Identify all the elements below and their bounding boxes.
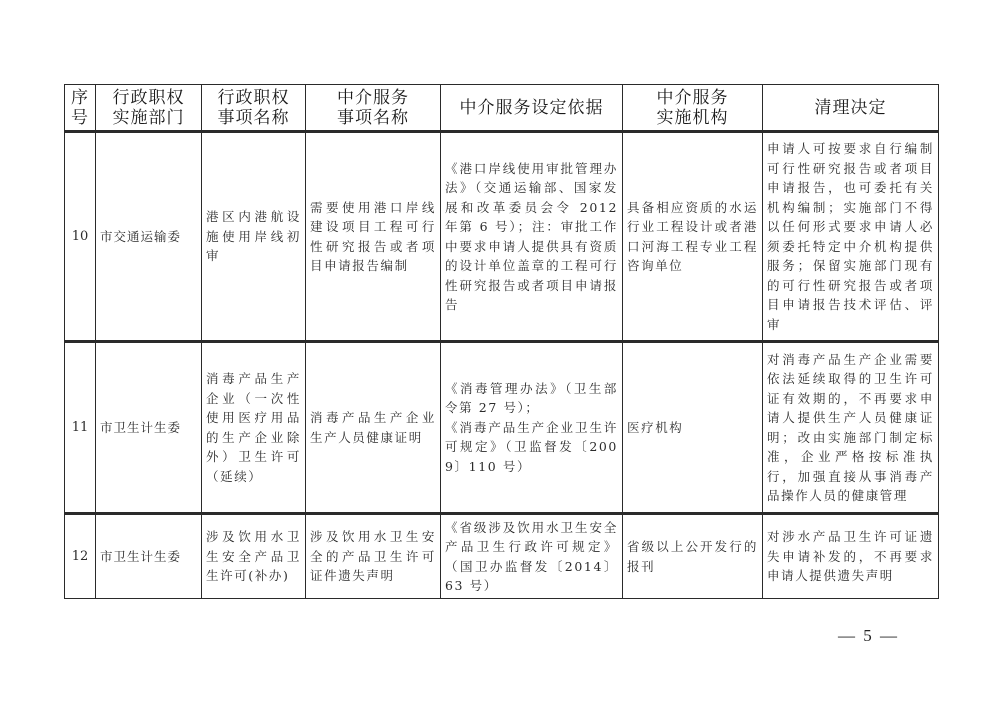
header-decision: 清理决定 xyxy=(763,85,939,132)
dept-text: 市卫生计生委 xyxy=(100,418,197,438)
header-provider-line-1: 中介服务 xyxy=(627,88,758,108)
header-seq: 序 号 xyxy=(65,85,96,132)
header-provider: 中介服务 实施机构 xyxy=(623,85,763,132)
cell-seq: 12 xyxy=(65,514,96,599)
header-basis: 中介服务设定依据 xyxy=(441,85,623,132)
intermediary-services-table: 序 号 行政职权 实施部门 行政职权 事项名称 中介服务 事项名称 中介服务设定… xyxy=(64,84,939,599)
header-provider-line-2: 实施机构 xyxy=(627,108,758,128)
cell-decision: 申请人可按要求自行编制可行性研究报告或者项目申请报告，也可委托有关机构编制；实施… xyxy=(763,132,939,342)
basis-text-line-1: 《消毒管理办法》（卫生部令第 27 号）； xyxy=(445,379,618,418)
cell-service-item: 消毒产品生产企业生产人员健康证明 xyxy=(306,342,441,514)
cell-dept: 市卫生计生委 xyxy=(96,342,202,514)
decision-text: 对涉水产品卫生许可证遗失申请补发的，不再要求申请人提供遗失声明 xyxy=(767,527,934,586)
cell-provider: 省级以上公开发行的报刊 xyxy=(623,514,763,599)
power-item-text: 涉及饮用水卫生安全产品卫生许可(补办) xyxy=(206,527,301,586)
cell-service-item: 需要使用港口岸线建设项目工程可行性研究报告或者项目申请报告编制 xyxy=(306,132,441,342)
power-item-text: 港区内港航设施使用岸线初审 xyxy=(206,207,301,266)
service-item-text: 需要使用港口岸线建设项目工程可行性研究报告或者项目申请报告编制 xyxy=(310,198,436,276)
cell-service-item: 涉及饮用水卫生安全的产品卫生许可证件遗失声明 xyxy=(306,514,441,599)
cell-decision: 对消毒产品生产企业需要依法延续取得的卫生许可证有效期的，不再要求申请人提供生产人… xyxy=(763,342,939,514)
header-dept-line-1: 行政职权 xyxy=(100,88,197,108)
cell-power-item: 消毒产品生产企业（一次性使用医疗用品的生产企业除外）卫生许可（延续） xyxy=(202,342,306,514)
dept-text: 市交通运输委 xyxy=(100,227,197,247)
cell-provider: 医疗机构 xyxy=(623,342,763,514)
seq-text: 12 xyxy=(65,547,95,567)
header-dept: 行政职权 实施部门 xyxy=(96,85,202,132)
decision-text: 对消毒产品生产企业需要依法延续取得的卫生许可证有效期的，不再要求申请人提供生产人… xyxy=(767,350,934,506)
cell-provider: 具备相应资质的水运行业工程设计或者港口河海工程专业工程咨询单位 xyxy=(623,132,763,342)
basis-text-line-2: 《消毒产品生产企业卫生许可规定》（卫监督发〔2009〕110 号） xyxy=(445,418,618,477)
cell-basis: 《省级涉及饮用水卫生安全产品卫生行政许可规定》（国卫办监督发〔2014〕63 号… xyxy=(441,514,623,599)
basis-text: 《港口岸线使用审批管理办法》（交通运输部、国家发展和改革委员会令 2012 年第… xyxy=(445,159,618,315)
header-seq-line-2: 号 xyxy=(69,108,91,128)
header-power-item-line-1: 行政职权 xyxy=(206,88,301,108)
decision-text: 申请人可按要求自行编制可行性研究报告或者项目申请报告，也可委托有关机构编制；实施… xyxy=(767,139,934,334)
page-number: — 5 — xyxy=(838,626,899,646)
provider-text: 省级以上公开发行的报刊 xyxy=(627,537,758,576)
header-service-item-line-1: 中介服务 xyxy=(310,88,436,108)
table-row: 12 市卫生计生委 涉及饮用水卫生安全产品卫生许可(补办) 涉及饮用水卫生安全的… xyxy=(65,514,939,599)
header-seq-line-1: 序 xyxy=(69,88,91,108)
service-item-text: 涉及饮用水卫生安全的产品卫生许可证件遗失声明 xyxy=(310,527,436,586)
header-dept-line-2: 实施部门 xyxy=(100,108,197,128)
header-service-item-line-2: 事项名称 xyxy=(310,108,436,128)
dept-text: 市卫生计生委 xyxy=(100,547,197,567)
header-power-item-line-2: 事项名称 xyxy=(206,108,301,128)
header-service-item: 中介服务 事项名称 xyxy=(306,85,441,132)
provider-text: 医疗机构 xyxy=(627,418,758,438)
table-header-row: 序 号 行政职权 实施部门 行政职权 事项名称 中介服务 事项名称 中介服务设定… xyxy=(65,85,939,132)
header-power-item: 行政职权 事项名称 xyxy=(202,85,306,132)
document-page: 序 号 行政职权 实施部门 行政职权 事项名称 中介服务 事项名称 中介服务设定… xyxy=(0,0,1000,707)
service-item-text: 消毒产品生产企业生产人员健康证明 xyxy=(310,408,436,447)
cell-dept: 市交通运输委 xyxy=(96,132,202,342)
header-decision-line-1: 清理决定 xyxy=(767,98,934,118)
table-row: 11 市卫生计生委 消毒产品生产企业（一次性使用医疗用品的生产企业除外）卫生许可… xyxy=(65,342,939,514)
cell-seq: 10 xyxy=(65,132,96,342)
cell-decision: 对涉水产品卫生许可证遗失申请补发的，不再要求申请人提供遗失声明 xyxy=(763,514,939,599)
cell-dept: 市卫生计生委 xyxy=(96,514,202,599)
seq-text: 10 xyxy=(65,227,95,247)
seq-text: 11 xyxy=(65,418,95,438)
cell-seq: 11 xyxy=(65,342,96,514)
header-basis-line-1: 中介服务设定依据 xyxy=(445,98,618,118)
cell-power-item: 港区内港航设施使用岸线初审 xyxy=(202,132,306,342)
power-item-text: 消毒产品生产企业（一次性使用医疗用品的生产企业除外）卫生许可（延续） xyxy=(206,369,301,486)
cell-power-item: 涉及饮用水卫生安全产品卫生许可(补办) xyxy=(202,514,306,599)
table-row: 10 市交通运输委 港区内港航设施使用岸线初审 需要使用港口岸线建设项目工程可行… xyxy=(65,132,939,342)
cell-basis: 《港口岸线使用审批管理办法》（交通运输部、国家发展和改革委员会令 2012 年第… xyxy=(441,132,623,342)
cell-basis: 《消毒管理办法》（卫生部令第 27 号）； 《消毒产品生产企业卫生许可规定》（卫… xyxy=(441,342,623,514)
provider-text: 具备相应资质的水运行业工程设计或者港口河海工程专业工程咨询单位 xyxy=(627,198,758,276)
basis-text: 《省级涉及饮用水卫生安全产品卫生行政许可规定》（国卫办监督发〔2014〕63 号… xyxy=(445,518,618,596)
